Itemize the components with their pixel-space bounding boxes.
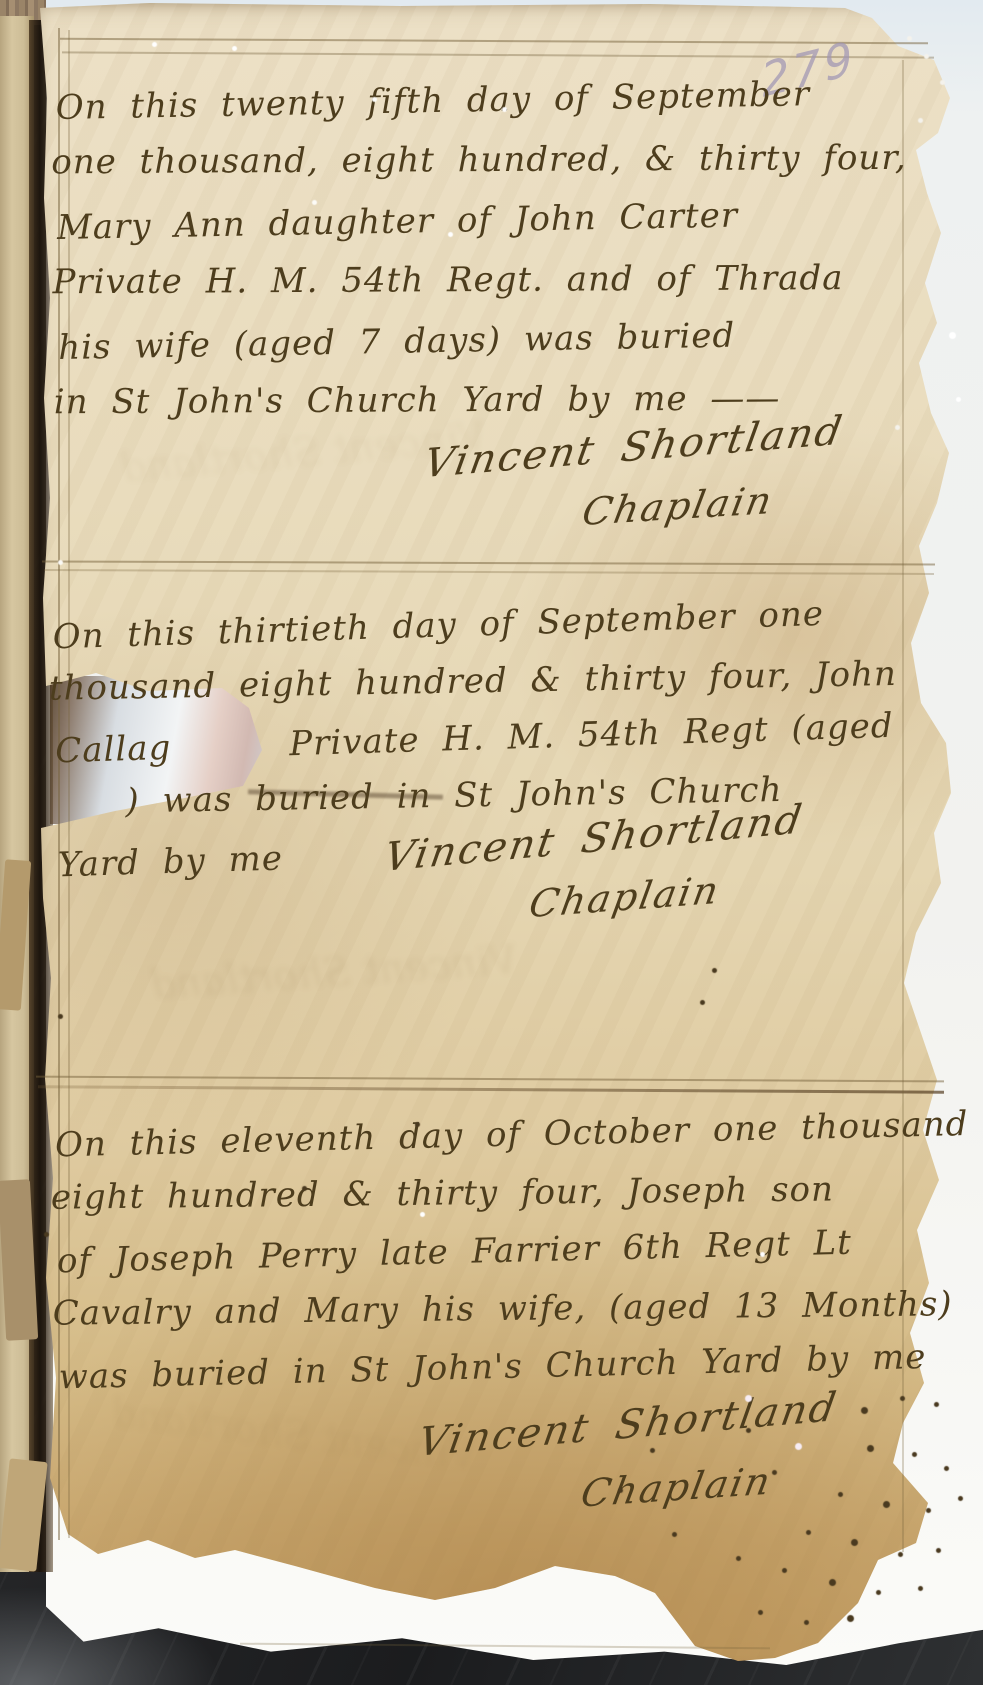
entry-line: On this twenty fifth day of September (55, 62, 928, 138)
entry-line: one thousand, eight hundred, & thirty fo… (51, 128, 923, 193)
tear-gap (52, 812, 126, 813)
photo-of-burial-register-page: Vincent Shortland Vincent Shortland Vinc… (0, 0, 983, 1685)
entry-line: Private H. M. 54th Regt. and of Thrada (52, 248, 924, 313)
burial-entry-3: On this eleventh day of October one thou… (55, 1099, 946, 1553)
burial-entry-1: On this twenty fifth day of September on… (55, 65, 932, 574)
chaplain-title: Chaplain (579, 478, 777, 534)
white-specks-wormholes (0, 0, 5, 5)
entry-line: Mary Ann daughter of John Carter (56, 182, 929, 258)
entry-line-fragment: Private H. M. 54th Regt (aged (289, 706, 894, 764)
chaplain-title: Chaplain (578, 1459, 776, 1516)
tear-gap (172, 755, 290, 759)
burial-entry-2: On this thirtieth day of September one t… (52, 586, 936, 966)
entry-line: his wife (aged 7 days) was buried (58, 302, 931, 378)
torn-name-fragment: Callag (55, 728, 172, 772)
